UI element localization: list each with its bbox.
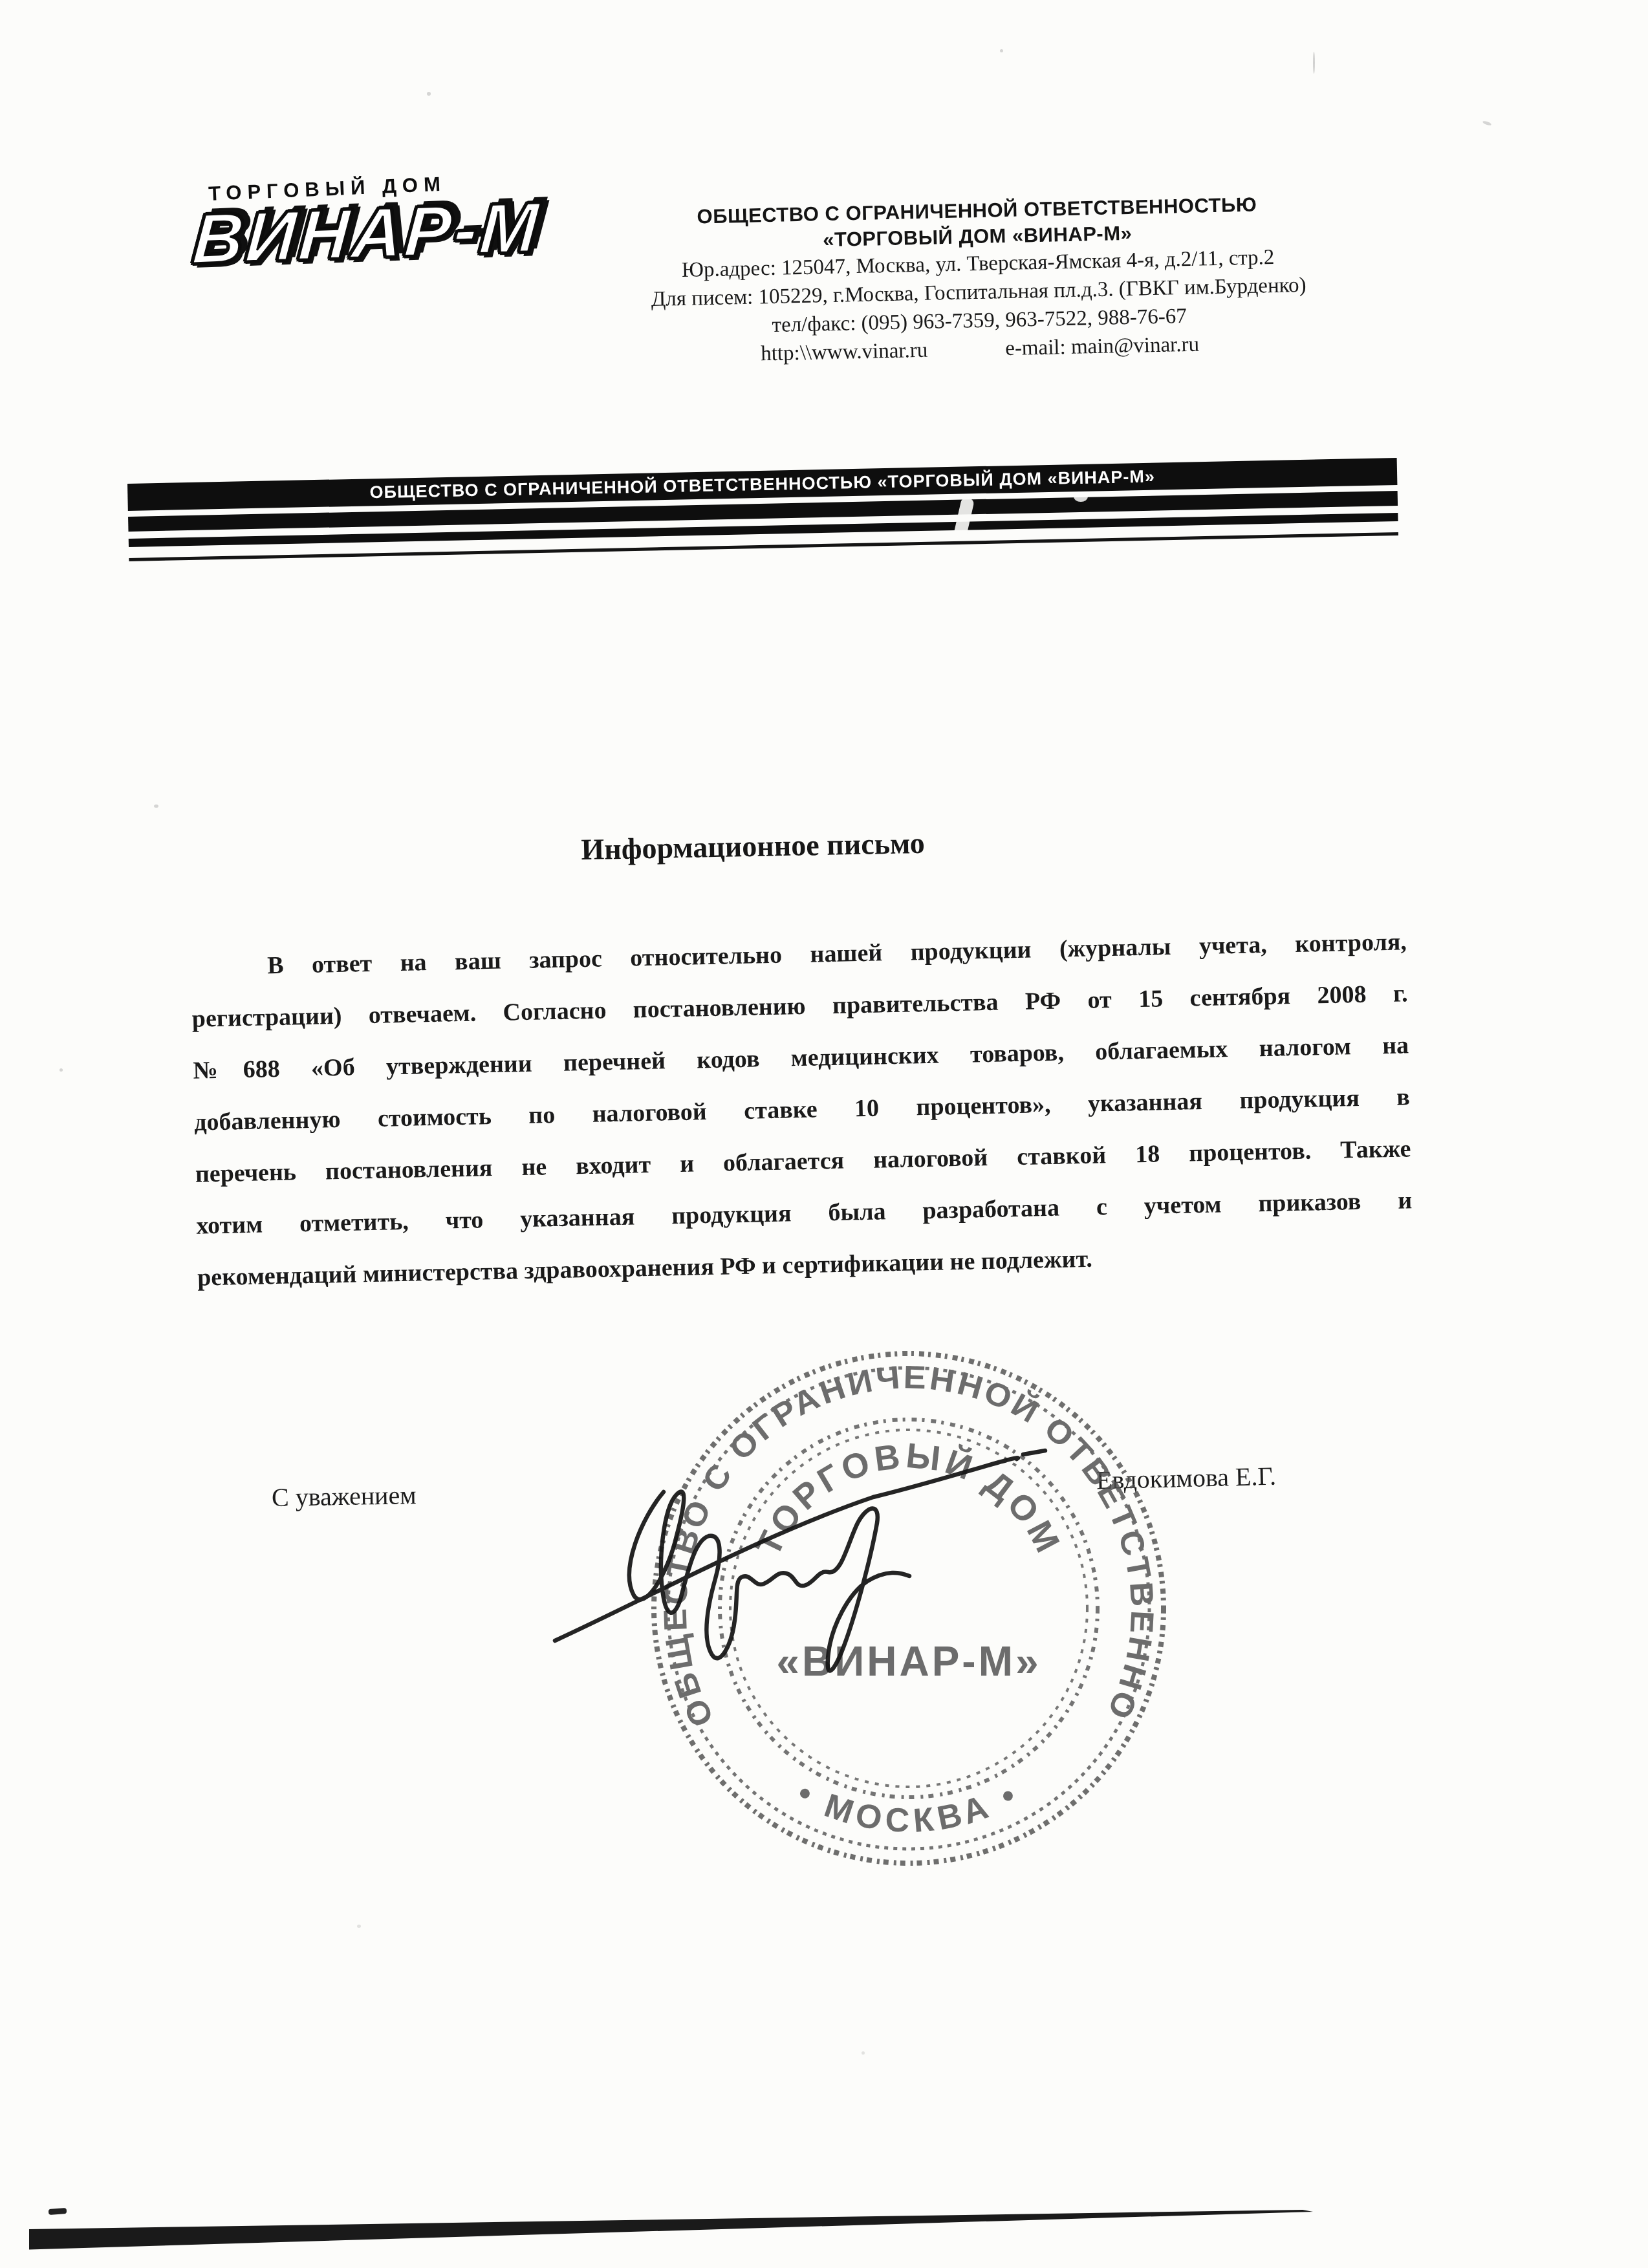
scan-dash-artifact [49,2208,67,2215]
website-url: http:\\www.vinar.ru [761,336,928,369]
svg-text:• МОСКВА •: • МОСКВА • [790,1775,1026,1841]
letterhead-contact-block: ОБЩЕСТВО С ОГРАНИЧЕННОЙ ОТВЕТСТВЕННОСТЬЮ… [524,188,1433,373]
company-logo: ТОРГОВЫЙ ДОМ ВИНАР-М [191,182,553,272]
scan-speck [1074,491,1088,502]
signature-loops [629,1492,909,1671]
handwritten-signature [537,1426,1067,1672]
stamp-city-text: • МОСКВА • [790,1775,1026,1841]
signature-end-dash [1023,1451,1045,1454]
signature-long-stroke [555,1458,1018,1641]
letter-body: В ответ на ваш запрос относительно нашей… [190,916,1413,1303]
scan-speck [862,2051,865,2055]
email-address: e-mail: main@vinar.ru [1005,330,1200,363]
letter-title: Информационное письмо [0,814,1577,880]
scan-speck [357,1925,361,1928]
scan-speck [427,92,431,96]
scan-speck [1313,52,1315,74]
scan-speck [154,805,158,808]
letterhead-banner: ОБЩЕСТВО С ОГРАНИЧЕННОЙ ОТВЕТСТВЕННОСТЬЮ… [127,458,1398,561]
scan-speck [1000,49,1003,52]
signoff-regards: С уважением [272,1480,417,1513]
scan-edge-artifact [29,2204,1313,2252]
logo-name: ВИНАР-М [191,194,558,272]
scanned-letter-page: ТОРГОВЫЙ ДОМ ВИНАР-М ОБЩЕСТВО С ОГРАНИЧЕ… [0,0,1648,2268]
scan-speck [1482,120,1492,126]
scan-speck [60,1068,63,1072]
